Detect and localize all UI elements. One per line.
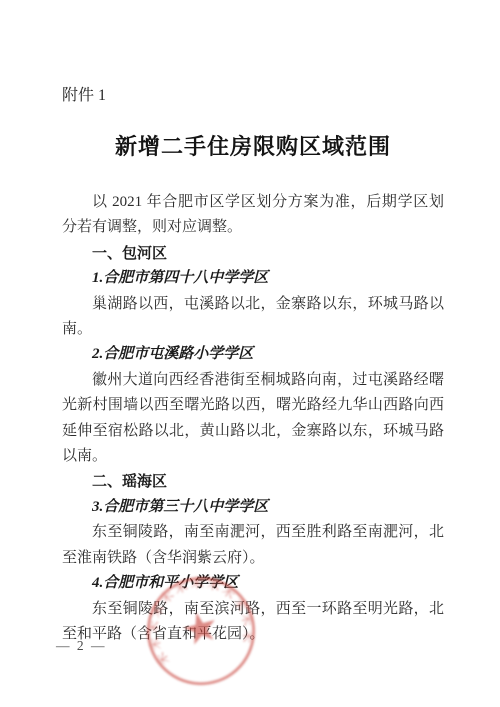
subsection-body-tunxi-primary: 徽州大道向西经香港街至桐城路向南，过屯溪路经曙光新村围墙以西至曙光路以西，曙光路… — [62, 368, 444, 470]
page-number: — 2 — — [56, 638, 107, 654]
document-content: 附件 1 新增二手住房限购区域范围 以 2021 年合肥市区学区划分方案为准，后… — [62, 86, 444, 647]
section-heading-baohe: 一、包河区 — [62, 241, 444, 266]
document-body: 以 2021 年合肥市区学区划分方案为准，后期学区划分若有调整，则对应调整。 一… — [62, 190, 444, 647]
document-page: 附件 1 新增二手住房限购区域范围 以 2021 年合肥市区学区划分方案为准，后… — [0, 0, 500, 707]
subsection-title-school-48: 1.合肥市第四十八中学学区 — [62, 266, 444, 291]
subsection-body-school-48: 巢湖路以西，屯溪路以北，金寨路以东，环城马路以南。 — [62, 292, 444, 343]
document-title: 新增二手住房限购区域范围 — [62, 132, 444, 162]
subsection-title-school-38: 3.合肥市第三十八中学学区 — [62, 495, 444, 520]
attachment-label: 附件 1 — [62, 86, 444, 106]
subsection-body-heping-primary: 东至铜陵路，南至滨河路，西至一环路至明光路，北至和平路（含省直和平花园）。 — [62, 597, 444, 648]
subsection-title-heping-primary: 4.合肥市和平小学学区 — [62, 571, 444, 596]
subsection-body-school-38: 东至铜陵路，南至南淝河，西至胜利路至南淝河，北至淮南铁路（含华润紫云府）。 — [62, 520, 444, 571]
subsection-title-tunxi-primary: 2.合肥市屯溪路小学学区 — [62, 342, 444, 367]
section-heading-yaohai: 二、瑶海区 — [62, 469, 444, 494]
intro-paragraph: 以 2021 年合肥市区学区划分方案为准，后期学区划分若有调整，则对应调整。 — [62, 190, 444, 241]
